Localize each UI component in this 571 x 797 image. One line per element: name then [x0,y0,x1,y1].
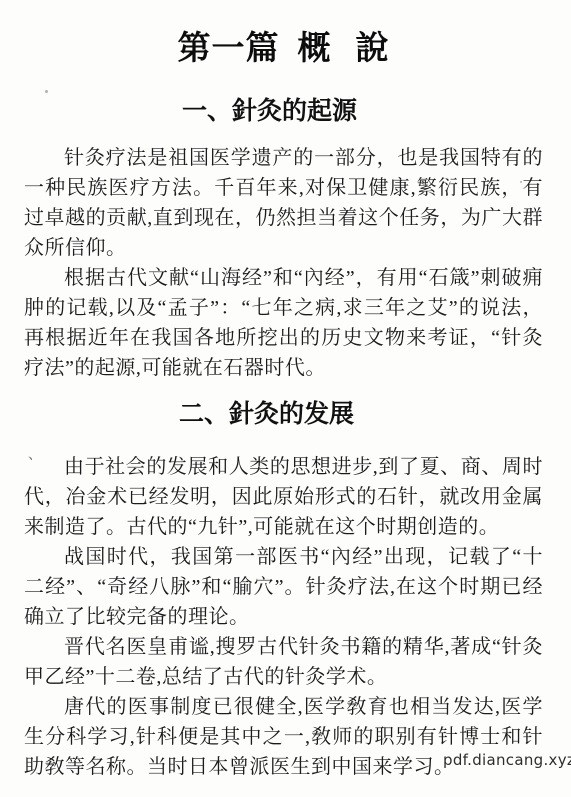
section-origin-body: 针灸疗法是祖国医学遗产的一部分，也是我国特有的一种民族医疗方法。千百年来,对保卫… [24,143,543,383]
page-title-part-2: 概 [298,28,332,67]
scan-noise-speck [520,181,522,183]
paragraph: 根据古代文献“山海经”和“內经”，有用“石箴”刺破痈肿的记载,以及“孟子”：“七… [24,263,543,383]
scan-noise-speck [45,90,48,93]
paragraph: 针灸疗法是祖国医学遗产的一部分，也是我国特有的一种民族医疗方法。千百年来,对保卫… [24,143,543,263]
section-heading-origin: 一、針灸的起源 [10,97,529,127]
paragraph: 晋代名医皇甫谧,搜罗古代针灸书籍的精华,著成“针灸甲乙经”十二卷,总结了古代的针… [24,632,543,692]
scan-stray-mark: 、 [28,444,42,464]
watermark-url: pdf.diancang.xyz [443,751,571,769]
paragraph: 战国时代，我国第一部医书“內经”出现，记载了“十二经”、“奇经八脉”和“腧穴”。… [24,542,543,632]
scanned-book-page: 第一篇概說 一、針灸的起源 针灸疗法是祖国医学遗产的一部分，也是我国特有的一种民… [0,0,571,797]
page-title-part-3: 說 [356,28,390,67]
section-development-body: 由于社会的发展和人类的思想进步,到了夏、商、周时代，冶金术已经发明，因此原始形式… [24,452,543,782]
page-title: 第一篇概說 [24,31,543,65]
page-title-part-1: 第一篇 [178,28,280,67]
paragraph: 由于社会的发展和人类的思想进步,到了夏、商、周时代，冶金术已经发明，因此原始形式… [24,452,543,542]
section-heading-development: 二、針灸的发展 [7,401,526,429]
